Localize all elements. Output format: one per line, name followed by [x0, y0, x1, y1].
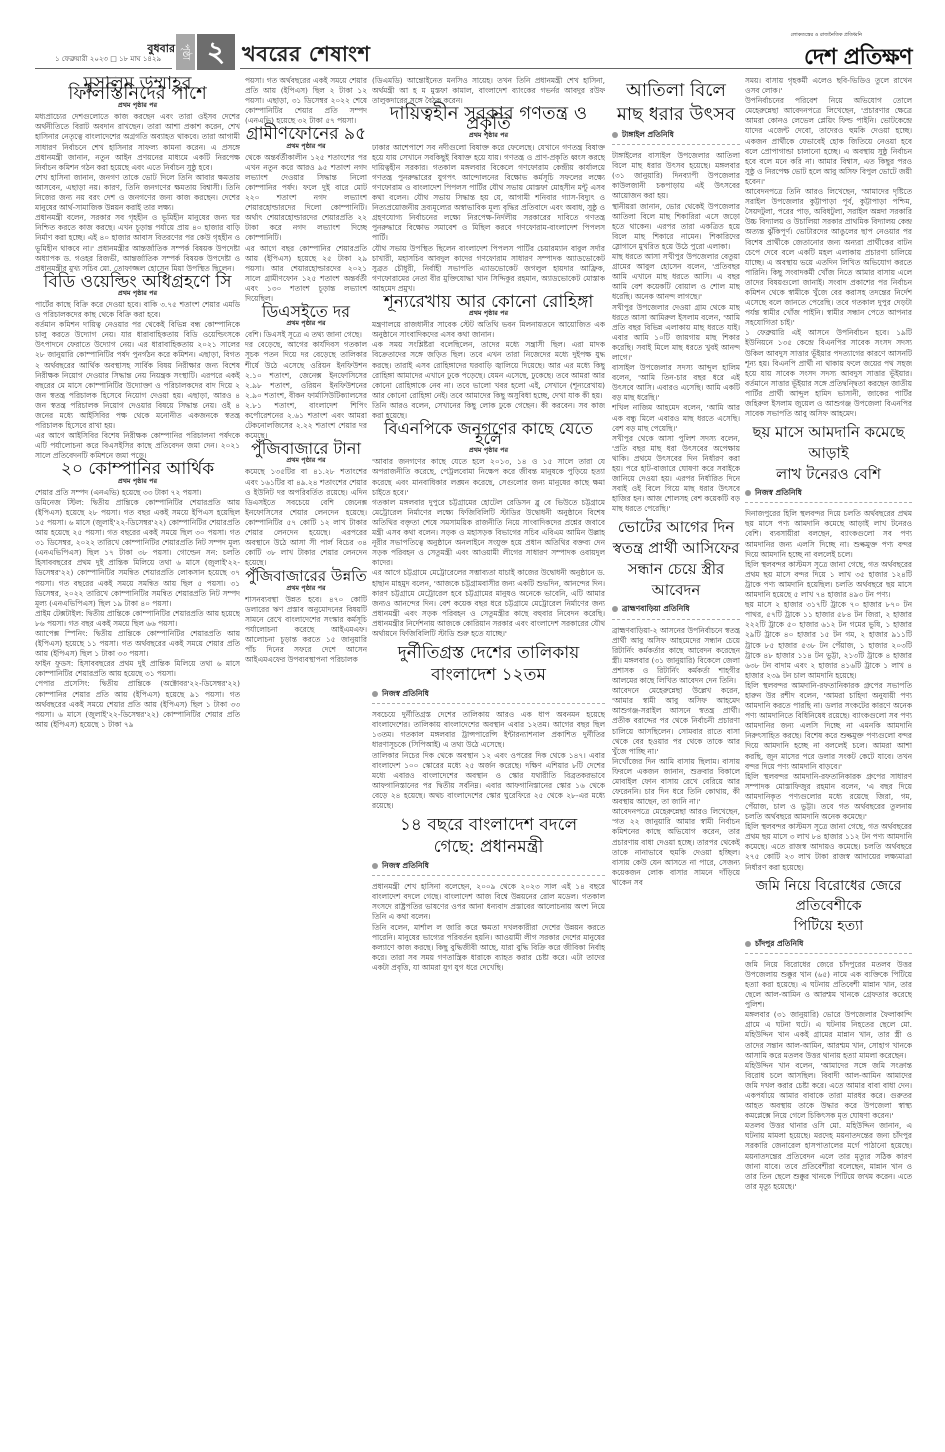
paragraph: পেপার প্রসেসিং: দ্বিতীয় প্রান্তিকে (অক্… [35, 679, 240, 729]
headline: দুর্নীতিগ্রস্ত দেশের তালিকায় বাংলাদেশ ১… [372, 642, 605, 686]
divider [372, 703, 605, 704]
continued-label: প্রথম পৃষ্ঠার পর [372, 130, 605, 140]
logo-name: দেশ প্রতিক্ষণ [804, 45, 912, 70]
article-pm-14-years: ১৪ বছরে বাংলাদেশ বদলে গেছে: প্রধানমন্ত্র… [372, 814, 605, 973]
bullet-icon [372, 863, 378, 869]
headline-line-1: ছয় মাসে আমদানি কমেছে আড়াই [752, 423, 904, 462]
page-tag: পৃষ্ঠা [176, 34, 195, 70]
paragraph: এর আগে বছর কোম্পানির শেয়ারপ্রতি আয় (ইপ… [245, 244, 367, 305]
paragraph: মাছ ধরতে আসা সখীপুর উপজেলার বেতুয়া গ্রা… [612, 252, 740, 302]
continued-label: প্রথম পৃষ্ঠার পর [372, 445, 605, 455]
bullet-icon [745, 490, 751, 496]
paragraph: এর আগে চট্টগ্রামে মেট্রোরেলের সম্ভাব্যতা… [372, 568, 605, 639]
headline: ভোটের আগের দিন স্বতন্ত্র প্রার্থী আসিফের… [612, 517, 740, 601]
bullet-icon [612, 132, 618, 138]
headline-line-2: লাখ টনেরও বেশি [776, 465, 881, 483]
paragraph: হিলি স্থলবন্দর কাস্টমস সূত্রে জানা গেছে,… [745, 822, 912, 872]
headline-line-2: গেছে: প্রধানমন্ত্রী [434, 837, 544, 857]
article-corruption-index: দুর্নীতিগ্রস্ত দেশের তালিকায় বাংলাদেশ ১… [372, 642, 605, 811]
headline: আতিলা বিলে মাছ ধরার উৎসব [612, 79, 740, 127]
paragraph: কমেছে ১৩৫টির বা ৪১.২৮ শতাংশের এবং ১৬১টির… [245, 467, 367, 568]
paragraph: গতকাল মঙ্গলবার দুপুরে চট্টগ্রামের হোটেল … [372, 498, 605, 569]
logo-tagline: লোকতন্ত্রের ও রাজনৈতিক প্রতিধ্বনি [790, 32, 862, 40]
headline: পুঁজিবাজারে টানা [245, 444, 367, 454]
divider [372, 875, 605, 876]
paragraph: মন্ত্রণালয়ে রাজধানীর সাবেক স্টেট অতিথি … [372, 320, 605, 340]
newspaper-logo: লোকতন্ত্রের ও রাজনৈতিক প্রতিধ্বনি দেশ প্… [790, 32, 912, 77]
headline: পুঁজিবাজারের উন্নতি [245, 571, 367, 581]
bullet-icon [745, 941, 751, 947]
paragraph: তালিকার নিচের দিক থেকে অবস্থান ১২ এবং ওপ… [372, 751, 605, 812]
column-2: পয়সা। গত অর্থবছরের একই সময়ে শেয়ার প্র… [245, 76, 367, 1436]
bullet-icon [372, 691, 378, 697]
paragraph: ১ ফেব্রুয়ারি এই আসনে উপনির্বাচন হবে। ১৯… [745, 328, 912, 419]
headline: ছয় মাসে আমদানি কমেছে আড়াই লাখ টনেরও বে… [745, 422, 912, 485]
headline-line-2: পিটিয়ে হত্যা [794, 918, 863, 934]
paragraph: আবেদনপত্রে মেহেরুন্নেছা আরও লিখেছেন, 'গত… [612, 807, 740, 888]
article-bnp-to-people: বিএনপিকে জনগণের কাছে যেতে হলে প্রথম পৃষ্… [372, 424, 605, 639]
divider [612, 144, 740, 145]
paragraph: মতলব উত্তর থানার ওসি মো. মহিউদ্দিন জানান… [745, 1121, 912, 1192]
article-capital-market-pull: পুঁজিবাজারে টানা প্রথম পৃষ্ঠার পর কমেছে … [245, 444, 367, 568]
article-capital-market-rise: পুঁজিবাজারের উন্নতি প্রথম পৃষ্ঠার পর শাস… [245, 571, 367, 665]
paragraph: বেশি। ডিএসই সূত্রে এ তথ্য জানা গেছে। [245, 330, 367, 340]
paragraph: (ডিএমডি) আন্তোইনেত মনসিও সায়েহ। তখন তিন… [372, 76, 605, 106]
paragraph: প্রাইম টেক্সটাইল: দ্বিতীয় প্রান্তিকে কো… [35, 609, 240, 629]
masthead-date: ১ ফেব্রুয়ারী ২০২৩ □ ১৮ মাঘ ১৪২৯ [55, 53, 161, 65]
paragraph: তিনি আরও বলেন, সেখানের কিছু লোক ঢুকে গেছ… [372, 401, 605, 421]
paragraph: বর্তমান কমিশন দায়িত্ব নেওয়ার পর থেকেই … [35, 320, 240, 431]
paragraph: নিখোঁজের দিন আমি বাসায় ছিলাম। বাসায় ফি… [612, 757, 740, 807]
paragraph: এর আগে আইসিবির বিশেষ নিরীক্ষক কোম্পানির … [35, 431, 240, 461]
article-imports-fall: ছয় মাসে আমদানি কমেছে আড়াই লাখ টনেরও বে… [745, 422, 912, 872]
headline: ১৪ বছরে বাংলাদেশ বদলে গেছে: প্রধানমন্ত্র… [372, 814, 605, 858]
article-dse-fall: ডিএসইতে দর প্রথম পৃষ্ঠার পর বেশি। ডিএসই … [245, 307, 367, 441]
paragraph: টাঙ্গাইলের বাসাইল উপজেলার আতিলা বিলে মাছ… [612, 151, 740, 201]
byline: চাঁদপুর প্রতিনিধি [745, 939, 912, 949]
paragraph: দিনাজপুরের হিলি স্থলবন্দর দিয়ে চলতি অর্… [745, 509, 912, 559]
headline: ডিএসইতে দর [245, 307, 367, 317]
paragraph: মধ্যপ্রাচ্যের দেশগুলোতে কাজ করছেন এবং তা… [35, 112, 240, 173]
paragraph: সখীপুর উপজেলার দেওয়া গ্রাম থেকে মাছ ধরত… [612, 303, 740, 364]
paragraph: স্থানীয়রা জানান, ভোর থেকেই উপজেলার আতিল… [612, 202, 740, 252]
paragraph: ছয় মাসে ২ হাজার ৩১৭টি ট্রাকে ৭০ হাজার ৮… [745, 600, 912, 681]
article-muslim-ummah: মুসলিম উম্মাহর ফিলিস্তিনিদের পাশে প্রথম … [35, 79, 240, 274]
headline-line-1: ১৪ বছরে বাংলাদেশ বদলে [400, 815, 577, 835]
headline: ২০ কোম্পানির আর্থিক [35, 464, 240, 474]
column-5: সময়। বাসায় গৃহকর্মী এলেও ছবি-ভিডিও তুল… [745, 76, 912, 1436]
paragraph: মঙ্গলবার (৩১ জানুয়ারি) ভোরে উপজেলার ফৈল… [745, 1010, 912, 1060]
headline: দায়িত্বহীন সরকার গণতন্ত্র ও প্রকৃতি [372, 109, 605, 129]
paragraph: শখিল নাজিম আহমেদ বলেন, 'আমি আর এক বন্ধু … [612, 403, 740, 433]
divider [745, 953, 912, 954]
headline: গ্রামীণফোনের ৯৫ [245, 129, 367, 139]
paragraph: জমি নিয়ে বিরোধের জেরে চাঁদপুরের মতলব উত… [745, 960, 912, 1010]
paragraph: পয়সা। গত অর্থবছরের একই সময়ে শেয়ার প্র… [245, 76, 367, 126]
paragraph: হিলি স্থলবন্দর আমদানি-রফতানিকারক গ্রুপের… [745, 772, 912, 822]
headline: শূন্যরেখায় আর কোনো রোহিঙ্গা [372, 297, 605, 307]
paragraph: মহিউদ্দিন খান বলেন, 'আমাদের সঙ্গে জমি সং… [745, 1061, 912, 1122]
page-number: ২ [197, 34, 235, 70]
article-irresponsible-govt: দায়িত্বহীন সরকার গণতন্ত্র ও প্রকৃতি প্র… [372, 109, 605, 294]
article-no-rohingya: শূন্যরেখায় আর কোনো রোহিঙ্গা প্রথম পৃষ্ঠ… [372, 297, 605, 421]
column-1: মুসলিম উম্মাহর ফিলিস্তিনিদের পাশে প্রথম … [35, 76, 240, 1436]
paragraph: ব্রাহ্মণবাড়িয়া-২ আসনের উপনির্বাচনে স্ব… [612, 626, 740, 687]
paragraph: পার্টের কাছে বিক্রি করে দেওয়া হবে। বাকি… [35, 300, 240, 320]
headline-line-1: জমি নিয়ে বিরোধের জেরে প্রতিবেশীকে [756, 878, 902, 914]
paragraph: হিলি স্থলবন্দর আমদানি-রফতানিকারক গ্রুপের… [745, 681, 912, 772]
divider [745, 502, 912, 503]
masthead-rule-left [35, 68, 172, 69]
paragraph: সখীপুর থেকে আসা পুলিশ সদস্য বলেন, 'প্রতি… [612, 434, 740, 515]
headline-line-2: বাংলাদেশ ১২তম [431, 665, 546, 685]
paragraph: শেয়ার প্রতি সম্পদ (এনএভি) হয়েছে ৩৩ টাক… [35, 488, 240, 498]
paragraph: ফাইন ফুডস: হিসাববছরের প্রথম দুই প্রান্তি… [35, 659, 240, 679]
headline: মুসলিম উম্মাহর ফিলিস্তিনিদের পাশে [35, 79, 240, 99]
article-grameenphone: গ্রামীণফোনের ৯৫ প্রথম পৃষ্ঠার পর থেকে অন… [245, 129, 367, 304]
paragraph: প্রধানমন্ত্রী বলেন, সরকার সব গৃহহীন ও ভূ… [35, 213, 240, 274]
paragraph: তিনি বলেন, মার্শাল ল জারি করে ক্ষমতা দখল… [372, 923, 605, 973]
byline: নিজস্ব প্রতিনিধি [372, 689, 605, 699]
paragraph: ডমিনেজ স্টিল: দ্বিতীয় প্রান্তিকে কোম্পা… [35, 498, 240, 609]
headline: জমি নিয়ে বিরোধের জেরে প্রতিবেশীকে পিটিয… [745, 876, 912, 936]
paragraph: প্রধানমন্ত্রী শেখ হাসিনা বলেছেন, ২০০৯ থে… [372, 882, 605, 922]
paragraph: আবেদনপত্রে তিনি আরও লিখেছেন, 'আমাদের দৃষ… [745, 187, 912, 328]
column-4: আতিলা বিলে মাছ ধরার উৎসব টাঙ্গাইল প্রতিন… [612, 76, 740, 1436]
paragraph: আবেদনে মেহেরুন্নেছা উল্লেখ করেন, 'আমার স… [612, 686, 740, 757]
paragraph: শাসনব্যবস্থা উন্নত হবে। ৪৭০ কোটি ডলারের … [245, 595, 367, 666]
paragraph: থেকে অন্তর্বর্তীকালীন ১২৫ শতাংশের পর এখন… [245, 153, 367, 244]
headline: বিডি ওয়েল্ডিং অধিগ্রহণে সি [35, 277, 240, 287]
article-twenty-companies: ২০ কোম্পানির আর্থিক প্রথম পৃষ্ঠার পর শেয… [35, 464, 240, 729]
headline-line-1: দুর্নীতিগ্রস্ত দেশের তালিকায় [398, 643, 579, 663]
byline: টাঙ্গাইল প্রতিনিধি [612, 130, 740, 140]
paragraph: সবচেয়ে দুর্নীতিগ্রস্ত দেশের তালিকায় আর… [372, 710, 605, 750]
byline: নিজস্ব প্রতিনিধি [372, 861, 605, 871]
paragraph: উপনির্বাচনের পরিবেশ নিয়ে অভিযোগ তোলে মে… [745, 96, 912, 187]
paragraph: অ্যাপেক্স স্পিনিং: দ্বিতীয় প্রান্তিকে ক… [35, 629, 240, 659]
divider [612, 619, 740, 620]
paragraph: হিলি স্থলবন্দর কাস্টমস সূত্রে জানা গেছে,… [745, 560, 912, 600]
paragraph: ঢাকার আশেপাশে সব নদীগুলো বিষাক্ত করে ফেল… [372, 143, 605, 244]
paragraph: বাসাইল উপজেলার সদস্য আব্দুল হালিম বলেন, … [612, 363, 740, 403]
article-candidate-asif: ভোটের আগের দিন স্বতন্ত্র প্রার্থী আসিফের… [612, 517, 740, 888]
masthead: বুধবার ১ ফেব্রুয়ারী ২০২৩ □ ১৮ মাঘ ১৪২৯ … [0, 0, 945, 60]
article-atila-bil: আতিলা বিলে মাছ ধরার উৎসব টাঙ্গাইল প্রতিন… [612, 79, 740, 514]
bullet-icon [612, 606, 618, 612]
byline: ব্রাহ্মণবাড়িয়া প্রতিনিধি [612, 604, 740, 614]
article-land-dispute: জমি নিয়ে বিরোধের জেরে প্রতিবেশীকে পিটিয… [745, 876, 912, 1192]
paragraph: 'আবার জনগণের কাছে যেতে হলে ২০১৩, ১৪ ও ১৫… [372, 457, 605, 497]
paragraph: এক সময় সংশ্লিষ্টরা বলেছিলেন, তাদের মধ্য… [372, 340, 605, 401]
byline: নিজস্ব প্রতিনিধি [745, 488, 912, 498]
paragraph: দর বেড়েছে, আগের কার্যদিবস গতকাল সূচক পত… [245, 340, 367, 441]
paragraph: শেখ হাসিনা জানান, জনগণ তাকে ভোট দিলে তিন… [35, 173, 240, 213]
continued-label: প্রথম পৃষ্ঠার পর [35, 100, 240, 110]
paragraph: যৌথ সভায় উপস্থিত ছিলেন বাংলাদেশ পিপলস প… [372, 244, 605, 294]
paragraph: সময়। বাসায় গৃহকর্মী এলেও ছবি-ভিডিও তুল… [745, 76, 912, 96]
headline: বিএনপিকে জনগণের কাছে যেতে হলে [372, 424, 605, 444]
column-3: (ডিএমডি) আন্তোইনেত মনসিও সায়েহ। তখন তিন… [372, 76, 605, 1436]
article-bd-welding: বিডি ওয়েল্ডিং অধিগ্রহণে সি প্রথম পৃষ্ঠা… [35, 277, 240, 462]
